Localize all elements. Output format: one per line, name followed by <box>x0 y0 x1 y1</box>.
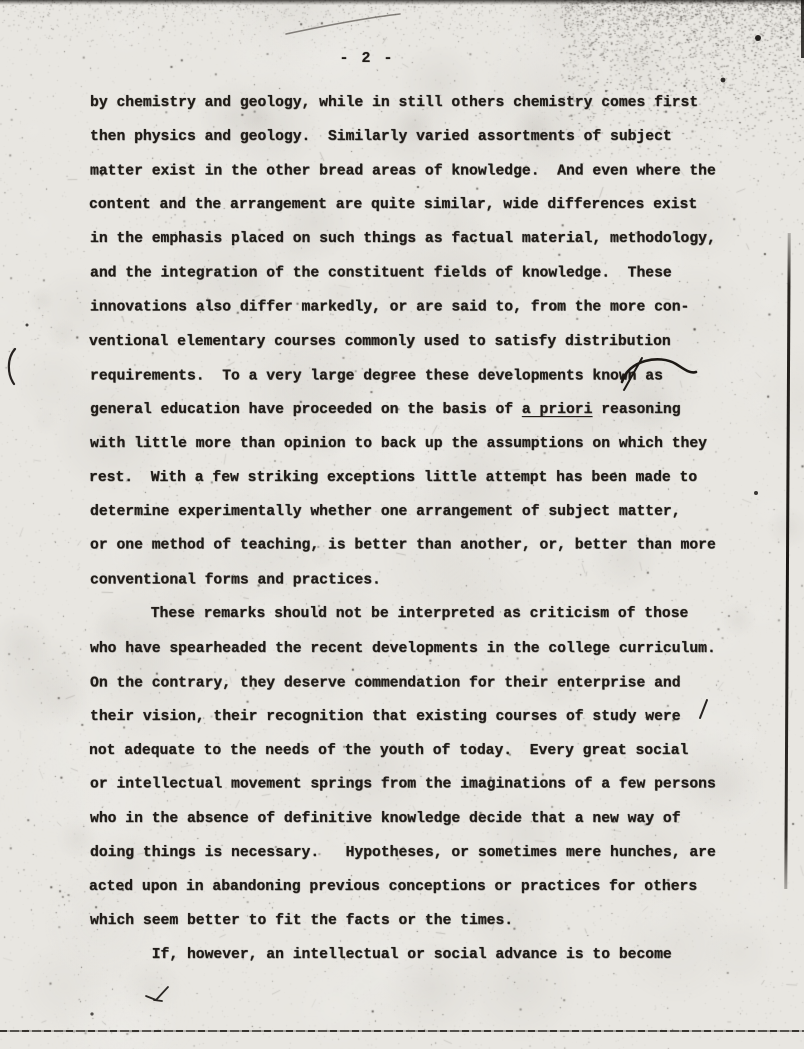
text-line: On the contrary, they deserve commendati… <box>90 666 750 700</box>
document-body: by chemistry and geology, while in still… <box>90 86 750 972</box>
top-pencil-scratch-mark <box>284 8 404 38</box>
text-line: acted upon in abandoning previous concep… <box>89 870 749 904</box>
text-line: general education have proceeded on the … <box>90 393 750 427</box>
scan-bottom-line <box>0 1030 804 1032</box>
scanned-page: - 2 - by chemistry and geology, while in… <box>0 0 804 1049</box>
text-line: conventional forms and practices. <box>90 564 750 598</box>
text-line: then physics and geology. Similarly vari… <box>90 120 750 154</box>
text-line: or one method of teaching, is better tha… <box>90 529 750 563</box>
text-line: matter exist in the other bread areas of… <box>90 155 750 189</box>
scan-top-edge <box>0 0 804 5</box>
text-line: innovations also differ markedly, or are… <box>90 290 750 324</box>
text-line: which seem better to fit the facts or th… <box>90 904 750 938</box>
text-line: by chemistry and geology, while in still… <box>90 86 750 120</box>
text-line: If, however, an intellectual or social a… <box>90 938 750 972</box>
left-margin-paren-mark <box>2 346 24 388</box>
text-line: determine experimentally whether one arr… <box>90 495 750 529</box>
text-line: These remarks should not be interpreted … <box>89 597 749 631</box>
bottom-check-mark <box>144 984 172 1006</box>
text-line: with little more than opinion to back up… <box>90 427 750 461</box>
text-line: rest. With a few striking exceptions lit… <box>89 461 749 495</box>
text-line: doing things is necessary. Hypotheses, o… <box>90 836 750 870</box>
text-line: not adequate to the needs of the youth o… <box>89 734 749 768</box>
page-number: - 2 - <box>302 50 432 67</box>
text-line: requirements. To a very large degree the… <box>90 359 750 393</box>
text-line: or intellectual movement springs from th… <box>90 767 750 801</box>
text-line: ventional elementary courses commonly us… <box>89 325 749 359</box>
text-line: their vision, their recognition that exi… <box>90 700 750 734</box>
text-line: in the emphasis placed on such things as… <box>90 222 750 256</box>
scan-vertical-line <box>784 233 790 889</box>
text-line: content and the arrangement are quite si… <box>89 188 749 222</box>
text-line: and the integration of the constituent f… <box>90 257 750 291</box>
text-line: who in the absence of definitive knowled… <box>90 802 750 836</box>
text-line: who have spearheaded the recent developm… <box>90 632 750 666</box>
